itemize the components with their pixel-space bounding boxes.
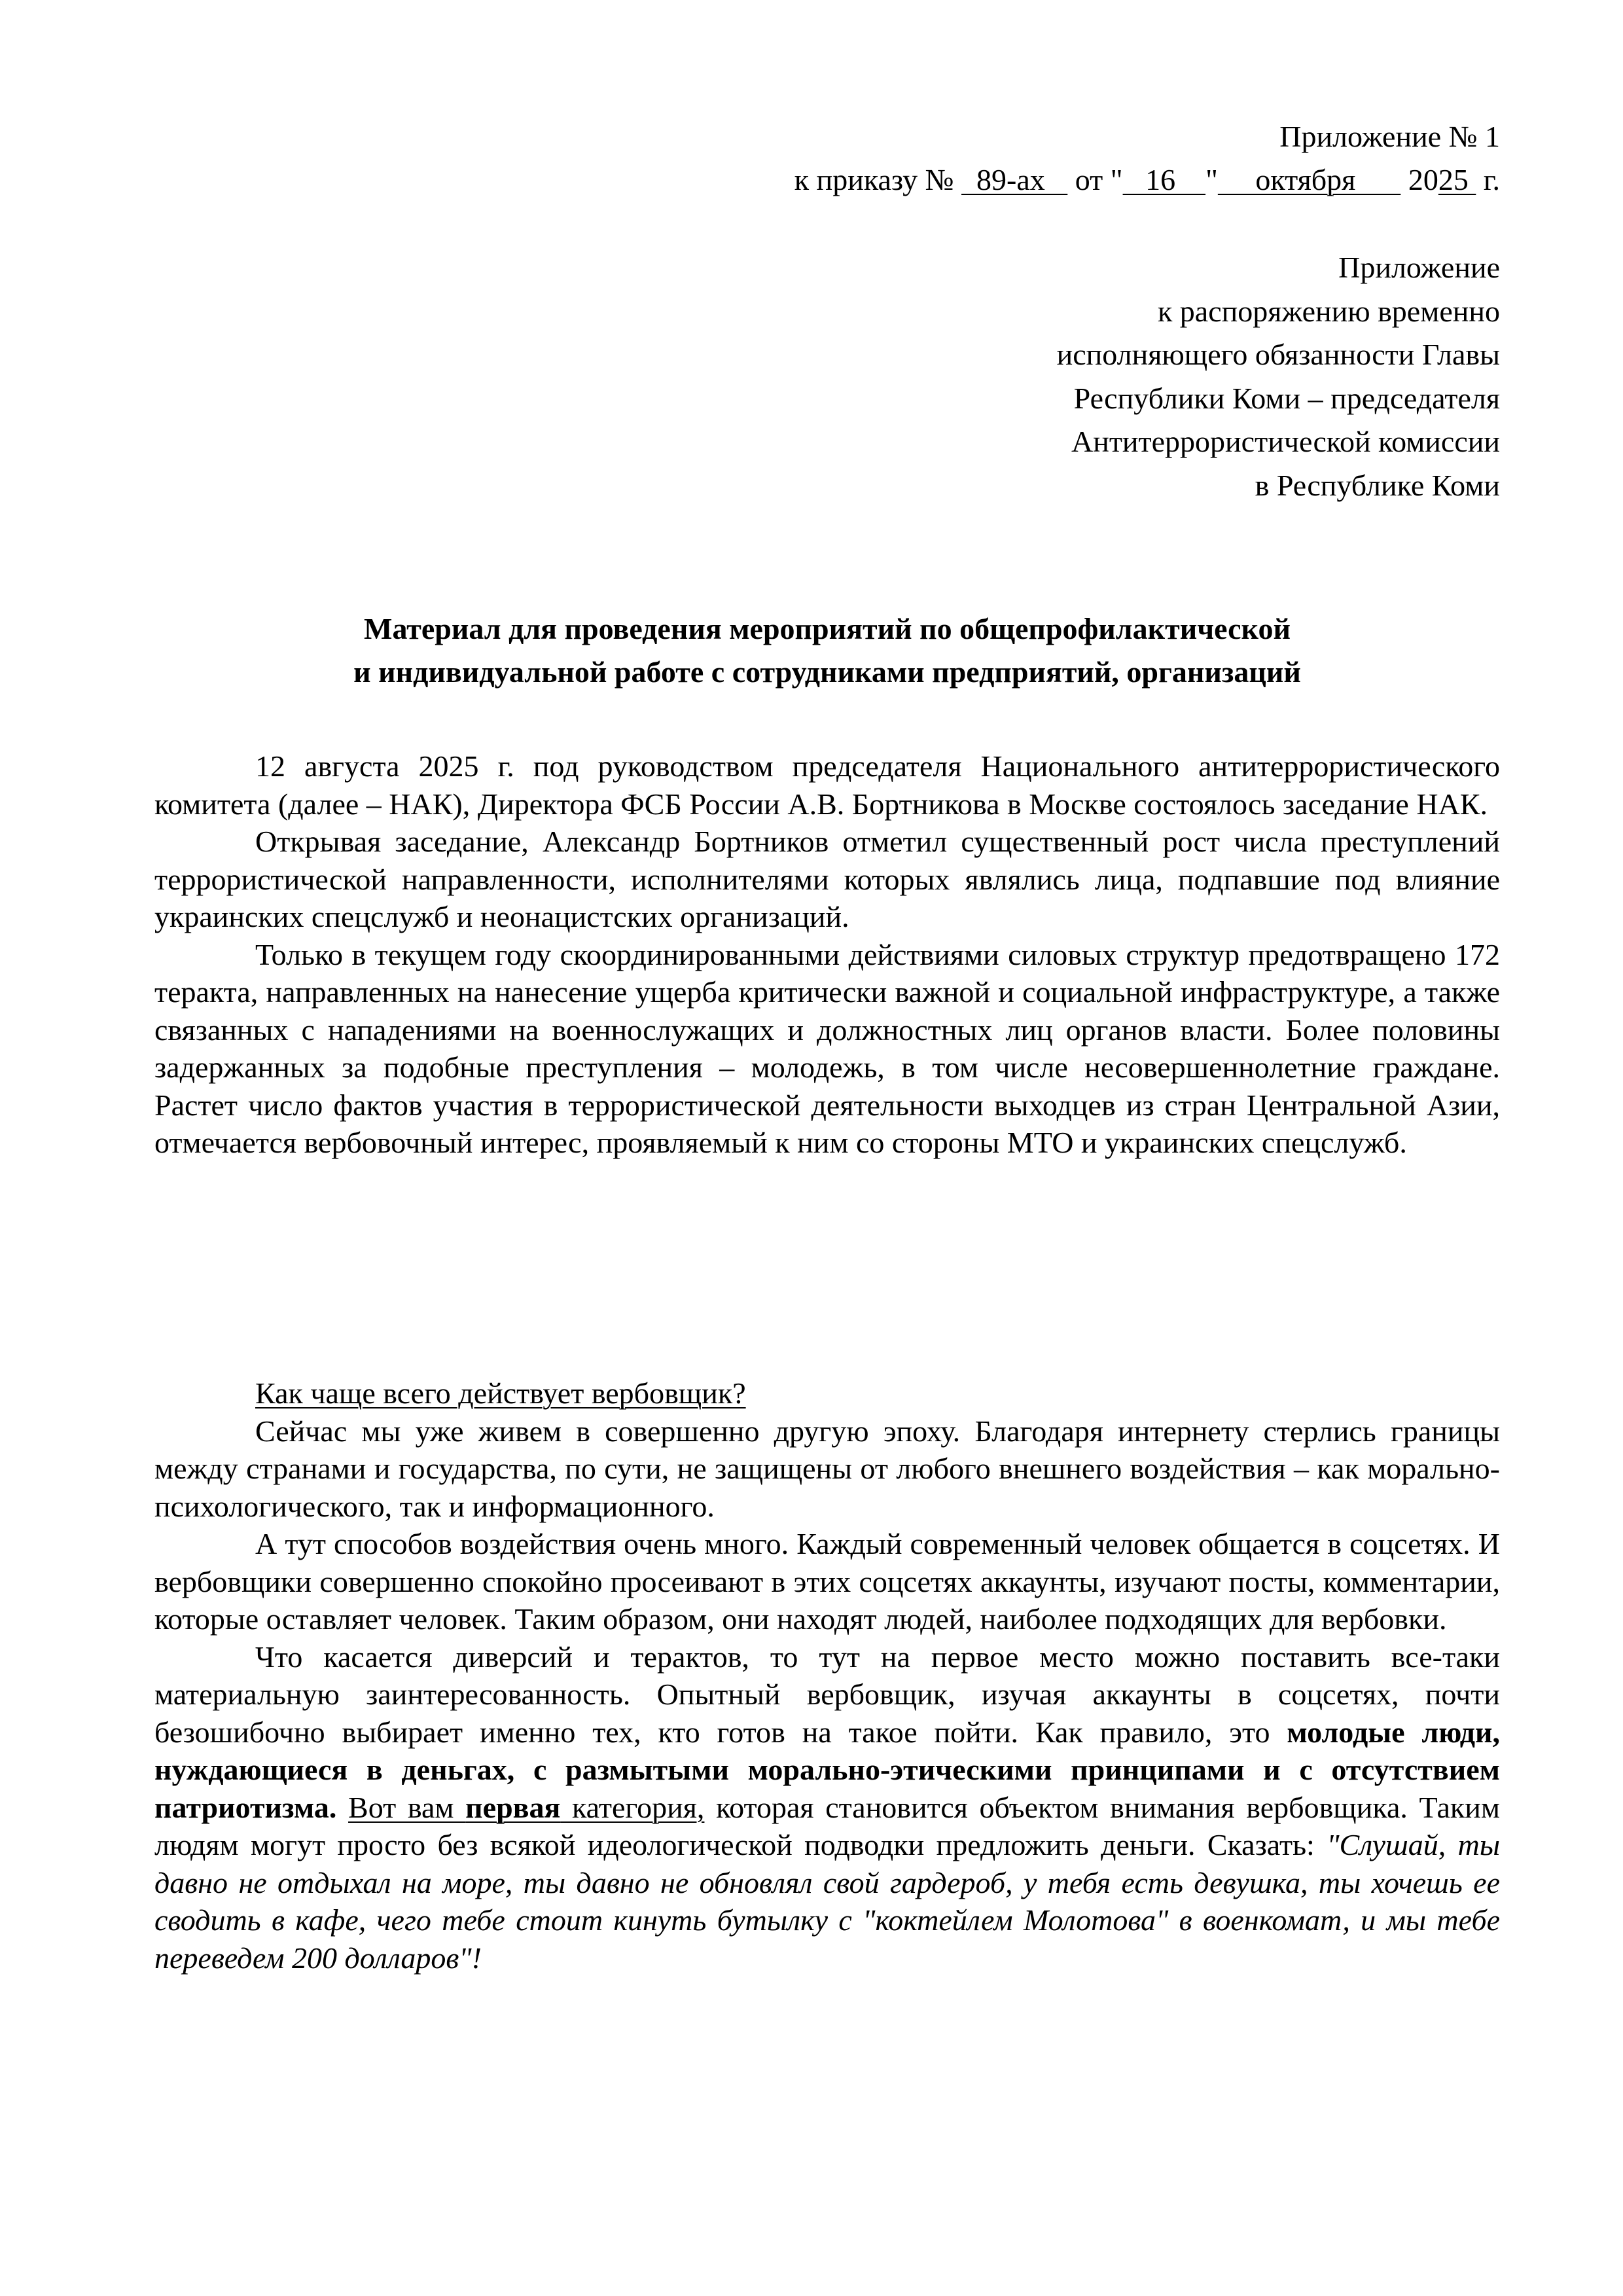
title-line-1: Материал для проведения мероприятий по о… [154, 607, 1500, 651]
order-day: 16 [1123, 163, 1206, 196]
section-recruiter: Как чаще всего действует вербовщик? Сейч… [154, 1374, 1500, 1977]
annex-line: к распоряжению временно [154, 290, 1500, 334]
bold-underlined-text: первая [465, 1791, 560, 1824]
order-month: октября [1218, 163, 1400, 196]
order-number: 89-ах [961, 163, 1067, 196]
order-reference: к приказу № 89-ах от " 16 " октября 2025… [154, 158, 1500, 202]
order-year-unit: г. [1476, 163, 1500, 196]
annex-line: в Республике Коми [154, 464, 1500, 508]
document-title: Материал для проведения мероприятий по о… [154, 607, 1500, 694]
text-run: категория, [560, 1791, 704, 1824]
annex-line: исполняющего обязанности Главы [154, 333, 1500, 377]
section-heading-text: Как чаще всего действует вербовщик? [255, 1376, 746, 1410]
section-heading: Как чаще всего действует вербовщик? [154, 1374, 1500, 1412]
order-quote-close: " [1205, 163, 1218, 196]
order-from-label: от " [1067, 163, 1122, 196]
annex-line: Приложение [154, 246, 1500, 290]
paragraph: Только в текущем году скоординированными… [154, 936, 1500, 1162]
annex-line: Республики Коми – председателя [154, 377, 1500, 421]
paragraph: Сейчас мы уже живем в совершенно другую … [154, 1412, 1500, 1526]
text-run: Вот вам [348, 1791, 465, 1824]
paragraph: Открывая заседание, Александр Бортников … [154, 823, 1500, 936]
paragraph: 12 августа 2025 г. под руководством пред… [154, 747, 1500, 823]
order-year-prefix: 20 [1400, 163, 1438, 196]
order-year-suffix: 25 [1438, 163, 1476, 196]
text-run [336, 1791, 348, 1824]
section-nak-meeting: 12 августа 2025 г. под руководством пред… [154, 747, 1500, 1162]
underlined-text: Вот вам первая категория, [348, 1791, 704, 1824]
paragraph: А тут способов воздействия очень много. … [154, 1525, 1500, 1638]
annex-line: Антитеррористической комиссии [154, 420, 1500, 464]
title-line-2: и индивидуальной работе с сотрудниками п… [154, 651, 1500, 694]
appendix-header: Приложение № 1 к приказу № 89-ах от " 16… [154, 115, 1500, 202]
annex-block: Приложение к распоряжению временно испол… [154, 246, 1500, 507]
appendix-label: Приложение № 1 [154, 115, 1500, 158]
paragraph: Что касается диверсий и терактов, то тут… [154, 1638, 1500, 1977]
order-prefix: к приказу № [794, 163, 961, 196]
